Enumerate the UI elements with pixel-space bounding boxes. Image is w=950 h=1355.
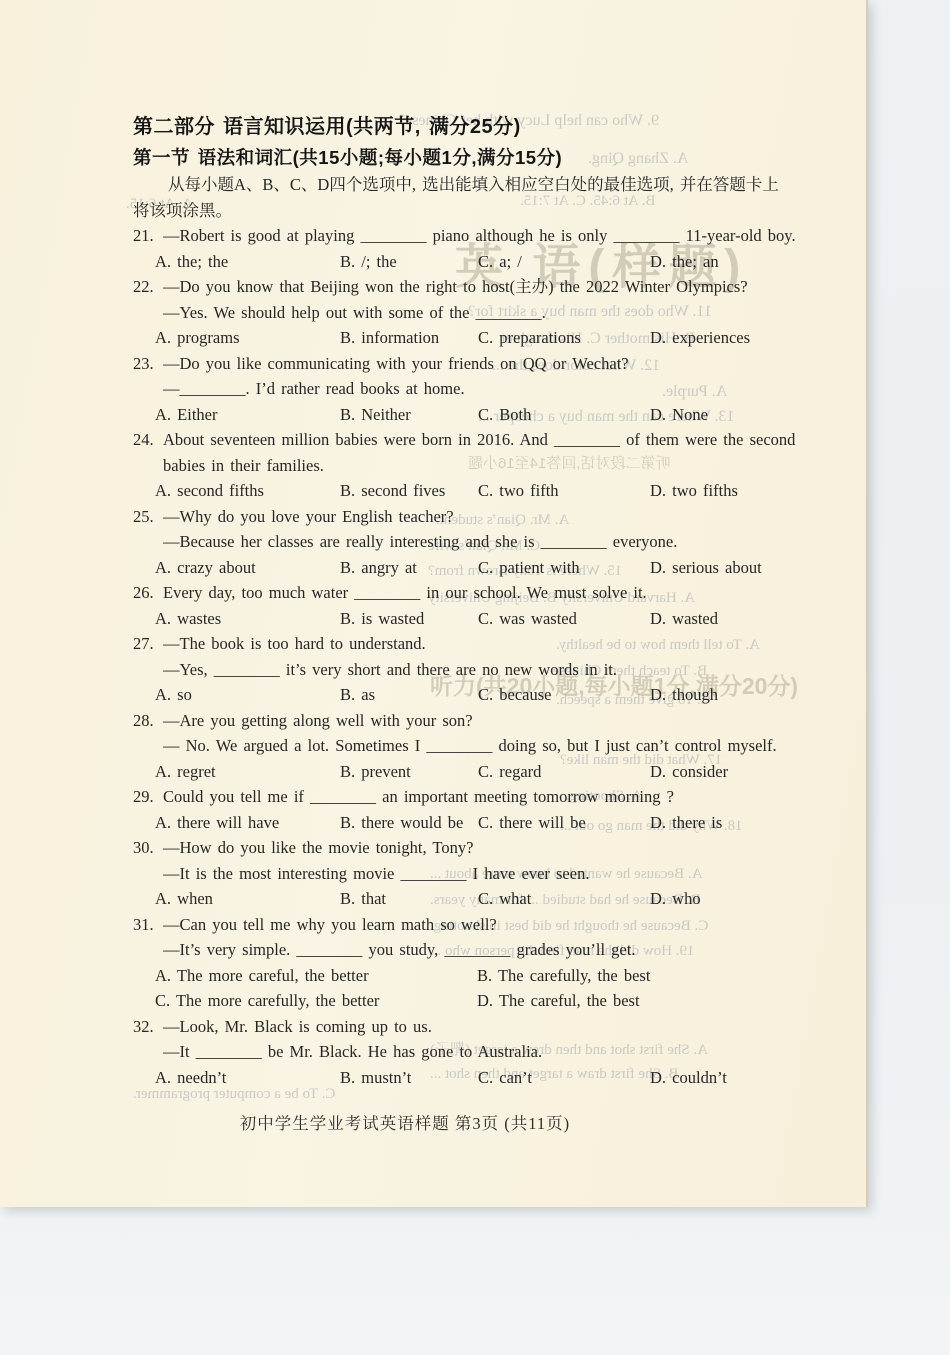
- option-c: C. can’t: [478, 1065, 650, 1091]
- question-text: —Yes, ________ it’s very short and there…: [133, 657, 845, 683]
- question-text: —Yes. We should help out with some of th…: [133, 300, 845, 326]
- question-text: —Why do you love your English teacher?: [163, 504, 454, 530]
- option-b: B. angry at: [340, 555, 478, 581]
- option-d: D. consider: [650, 759, 845, 785]
- option-b: B. is wasted: [340, 606, 478, 632]
- option-a: A. wastes: [155, 606, 340, 632]
- exam-content: 第二部分 语言知识运用(共两节, 满分25分) 第一节 语法和词汇(共15小题;…: [133, 112, 845, 1090]
- option-b: B. mustn’t: [340, 1065, 478, 1091]
- options-row: A. regret B. prevent C. regard D. consid…: [133, 759, 845, 785]
- scanned-exam-page: 9. Who can help Lucy with her Chinese? A…: [0, 0, 868, 1207]
- question-30: 30.—How do you like the movie tonight, T…: [133, 835, 845, 912]
- question-28: 28.—Are you getting along well with your…: [133, 708, 845, 785]
- question-number: 21.: [133, 223, 163, 249]
- question-text: —Look, Mr. Black is coming up to us.: [163, 1014, 432, 1040]
- question-text: —It’s very simple. ________ you study, _…: [133, 937, 845, 963]
- options-row: A. crazy about B. angry at C. patient wi…: [133, 555, 845, 581]
- question-number: 31.: [133, 912, 163, 938]
- option-a: A. when: [155, 886, 340, 912]
- question-text: —Do you know that Beijing won the right …: [163, 274, 748, 300]
- options-row: A. there will have B. there would be C. …: [133, 810, 845, 836]
- question-text: Could you tell me if ________ an importa…: [163, 784, 674, 810]
- option-c: C. because: [478, 682, 650, 708]
- option-d: D. None: [650, 402, 845, 428]
- option-d: D. wasted: [650, 606, 845, 632]
- options-row: A. wastes B. is wasted C. was wasted D. …: [133, 606, 845, 632]
- question-number: 22.: [133, 274, 163, 300]
- option-a: A. Either: [155, 402, 340, 428]
- option-c: C. Both: [478, 402, 650, 428]
- question-25: 25.—Why do you love your English teacher…: [133, 504, 845, 581]
- option-b: B. /; the: [340, 249, 478, 275]
- question-text: —Because her classes are really interest…: [133, 529, 845, 555]
- question-29: 29.Could you tell me if ________ an impo…: [133, 784, 845, 835]
- section-header: 第二部分 语言知识运用(共两节, 满分25分): [133, 112, 845, 143]
- option-c: C. The more carefully, the better: [155, 988, 477, 1014]
- question-24: 24.About seventeen million babies were b…: [133, 427, 845, 504]
- question-number: 25.: [133, 504, 163, 530]
- instructions-line: 将该项涂黑。: [133, 198, 845, 224]
- subsection-header: 第一节 语法和词汇(共15小题;每小题1分,满分15分): [133, 143, 845, 172]
- option-a: A. crazy about: [155, 555, 340, 581]
- option-a: A. so: [155, 682, 340, 708]
- question-text: babies in their families.: [133, 453, 845, 479]
- option-b: B. there would be: [340, 810, 478, 836]
- option-b: B. Neither: [340, 402, 478, 428]
- option-b: B. information: [340, 325, 478, 351]
- option-a: A. there will have: [155, 810, 340, 836]
- option-d: D. couldn’t: [650, 1065, 845, 1091]
- question-text: Every day, too much water ________ in ou…: [163, 580, 647, 606]
- option-d: D. two fifths: [650, 478, 845, 504]
- option-c: C. what: [478, 886, 650, 912]
- option-d: D. who: [650, 886, 845, 912]
- option-d: D. experiences: [650, 325, 845, 351]
- question-text: —It ________ be Mr. Black. He has gone t…: [133, 1039, 845, 1065]
- options-row: A. Either B. Neither C. Both D. None: [133, 402, 845, 428]
- options-row: A. the; the B. /; the C. a; / D. the; an: [133, 249, 845, 275]
- question-text: —The book is too hard to understand.: [163, 631, 426, 657]
- option-c: C. preparations: [478, 325, 650, 351]
- option-d: D. serious about: [650, 555, 845, 581]
- options-row: A. needn’t B. mustn’t C. can’t D. couldn…: [133, 1065, 845, 1091]
- question-number: 26.: [133, 580, 163, 606]
- options-row: A. The more careful, the better B. The c…: [133, 963, 845, 1014]
- options-row: A. second fifths B. second fives C. two …: [133, 478, 845, 504]
- options-row: A. so B. as C. because D. though: [133, 682, 845, 708]
- options-row: A. when B. that C. what D. who: [133, 886, 845, 912]
- question-text: —Are you getting along well with your so…: [163, 708, 473, 734]
- question-23: 23.—Do you like communicating with your …: [133, 351, 845, 428]
- option-d: D. there is: [650, 810, 845, 836]
- question-number: 29.: [133, 784, 163, 810]
- option-b: B. second fives: [340, 478, 478, 504]
- question-number: 27.: [133, 631, 163, 657]
- question-text: — No. We argued a lot. Sometimes I _____…: [133, 733, 845, 759]
- option-d: D. The careful, the best: [477, 988, 845, 1014]
- instructions-line: 从每小题A、B、C、D四个选项中, 选出能填入相应空白处的最佳选项, 并在答题卡…: [133, 172, 845, 198]
- option-d: D. though: [650, 682, 845, 708]
- page-footer: 初中学生学业考试英语样题 第3页 (共11页): [0, 1110, 810, 1134]
- question-number: 28.: [133, 708, 163, 734]
- option-b: B. prevent: [340, 759, 478, 785]
- option-a: A. The more careful, the better: [155, 963, 477, 989]
- option-b: B. The carefully, the best: [477, 963, 845, 989]
- question-text: About seventeen million babies were born…: [163, 427, 795, 453]
- option-a: A. regret: [155, 759, 340, 785]
- question-number: 30.: [133, 835, 163, 861]
- question-number: 24.: [133, 427, 163, 453]
- question-31: 31.—Can you tell me why you learn math s…: [133, 912, 845, 1014]
- option-a: A. needn’t: [155, 1065, 340, 1091]
- option-d: D. the; an: [650, 249, 845, 275]
- option-c: C. two fifth: [478, 478, 650, 504]
- option-c: C. regard: [478, 759, 650, 785]
- option-b: B. that: [340, 886, 478, 912]
- question-text: —Do you like communicating with your fri…: [163, 351, 629, 377]
- question-22: 22.—Do you know that Beijing won the rig…: [133, 274, 845, 351]
- question-27: 27.—The book is too hard to understand. …: [133, 631, 845, 708]
- question-text: —It is the most interesting movie ______…: [133, 861, 845, 887]
- option-c: C. was wasted: [478, 606, 650, 632]
- question-text: —How do you like the movie tonight, Tony…: [163, 835, 473, 861]
- option-a: A. second fifths: [155, 478, 340, 504]
- options-row: A. programs B. information C. preparatio…: [133, 325, 845, 351]
- question-number: 32.: [133, 1014, 163, 1040]
- option-b: B. as: [340, 682, 478, 708]
- question-text: —________. I’d rather read books at home…: [133, 376, 845, 402]
- option-c: C. a; /: [478, 249, 650, 275]
- option-a: A. programs: [155, 325, 340, 351]
- option-c: C. there will be: [478, 810, 650, 836]
- question-number: 23.: [133, 351, 163, 377]
- question-32: 32.—Look, Mr. Black is coming up to us. …: [133, 1014, 845, 1091]
- question-26: 26.Every day, too much water ________ in…: [133, 580, 845, 631]
- question-21: 21.—Robert is good at playing ________ p…: [133, 223, 845, 274]
- option-c: C. patient with: [478, 555, 650, 581]
- question-text: —Robert is good at playing ________ pian…: [163, 223, 796, 249]
- question-text: —Can you tell me why you learn math so w…: [163, 912, 497, 938]
- option-a: A. the; the: [155, 249, 340, 275]
